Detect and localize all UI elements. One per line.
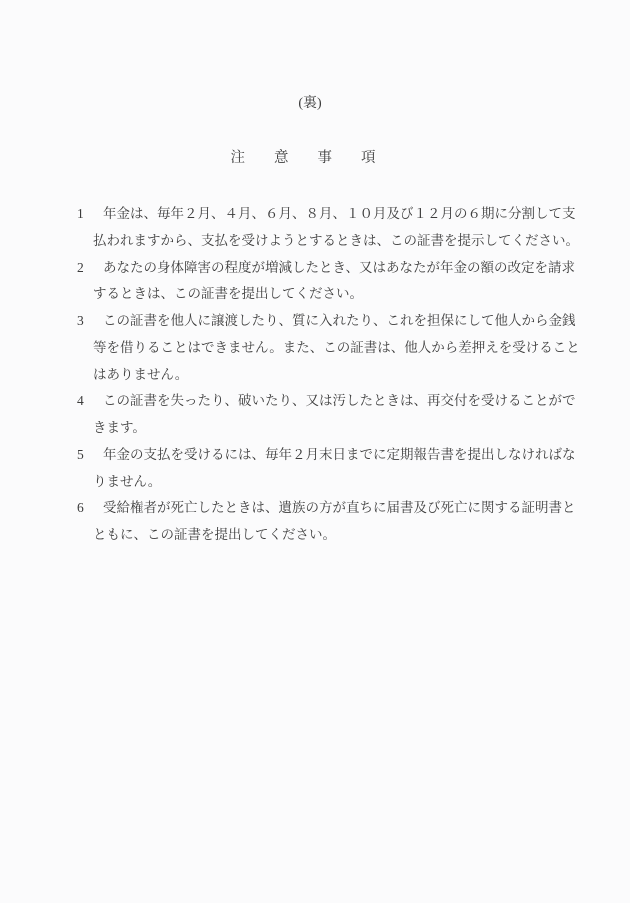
item-line: 6受給権者が死亡したときは、遺族の方が直ちに届書及び死亡に関する証明書と <box>77 495 630 522</box>
item-text-line: あなたの身体障害の程度が増減したとき、又はあなたが年金の額の改定を請求 <box>103 260 575 275</box>
back-side-label: (裏) <box>0 96 620 112</box>
item-text-line: この証書を他人に譲渡したり、質に入れたり、これを担保にして他人から金銭 <box>103 313 576 328</box>
item-number: 1 <box>77 201 103 228</box>
note-item-5: 5年金の支払を受けるには、毎年２月末日までに定期報告書を提出しなければな りませ… <box>77 442 630 496</box>
item-line: 1年金は、毎年２月、４月、６月、８月、１０月及び１２月の６期に分割して支 <box>77 201 630 228</box>
item-number: 3 <box>77 308 103 335</box>
note-item-1: 1年金は、毎年２月、４月、６月、８月、１０月及び１２月の６期に分割して支 払われ… <box>77 201 630 255</box>
item-text-line: はありません。 <box>77 362 630 389</box>
note-item-4: 4この証書を失ったり、破いたり、又は汚したときは、再交付を受けることがで きます… <box>77 388 630 442</box>
item-number: 2 <box>77 255 103 282</box>
item-line: 2あなたの身体障害の程度が増減したとき、又はあなたが年金の額の改定を請求 <box>77 255 630 282</box>
item-text-line: 年金は、毎年２月、４月、６月、８月、１０月及び１２月の６期に分割して支 <box>103 206 576 221</box>
item-text-line: この証書を失ったり、破いたり、又は汚したときは、再交付を受けることがで <box>103 393 576 408</box>
item-number: 4 <box>77 388 103 415</box>
item-text-line: 払われますから、支払を受けようとするときは、この証書を提示してください。 <box>77 228 630 255</box>
item-text-line: きます。 <box>77 415 630 442</box>
item-text-line: ともに、この証書を提出してください。 <box>77 522 630 549</box>
item-text-line: 受給権者が死亡したときは、遺族の方が直ちに届書及び死亡に関する証明書と <box>103 500 576 515</box>
note-item-2: 2あなたの身体障害の程度が増減したとき、又はあなたが年金の額の改定を請求 すると… <box>77 255 630 309</box>
notes-list: 1年金は、毎年２月、４月、６月、８月、１０月及び１２月の６期に分割して支 払われ… <box>77 201 630 549</box>
item-text-line: するときは、この証書を提出してください。 <box>77 281 630 308</box>
item-line: 3この証書を他人に譲渡したり、質に入れたり、これを担保にして他人から金銭 <box>77 308 630 335</box>
item-text-line: りません。 <box>77 469 630 496</box>
item-line: 4この証書を失ったり、破いたり、又は汚したときは、再交付を受けることがで <box>77 388 630 415</box>
page-title: 注 意 事 項 <box>0 150 606 166</box>
item-number: 5 <box>77 442 103 469</box>
item-line: 5年金の支払を受けるには、毎年２月末日までに定期報告書を提出しなければな <box>77 442 630 469</box>
document-page: (裏) 注 意 事 項 1年金は、毎年２月、４月、６月、８月、１０月及び１２月の… <box>0 0 630 903</box>
item-number: 6 <box>77 495 103 522</box>
item-text-line: 等を借りることはできません。また、この証書は、他人から差押えを受けること <box>77 335 630 362</box>
item-text-line: 年金の支払を受けるには、毎年２月末日までに定期報告書を提出しなければな <box>103 447 576 462</box>
note-item-3: 3この証書を他人に譲渡したり、質に入れたり、これを担保にして他人から金銭 等を借… <box>77 308 630 388</box>
note-item-6: 6受給権者が死亡したときは、遺族の方が直ちに届書及び死亡に関する証明書と ともに… <box>77 495 630 549</box>
